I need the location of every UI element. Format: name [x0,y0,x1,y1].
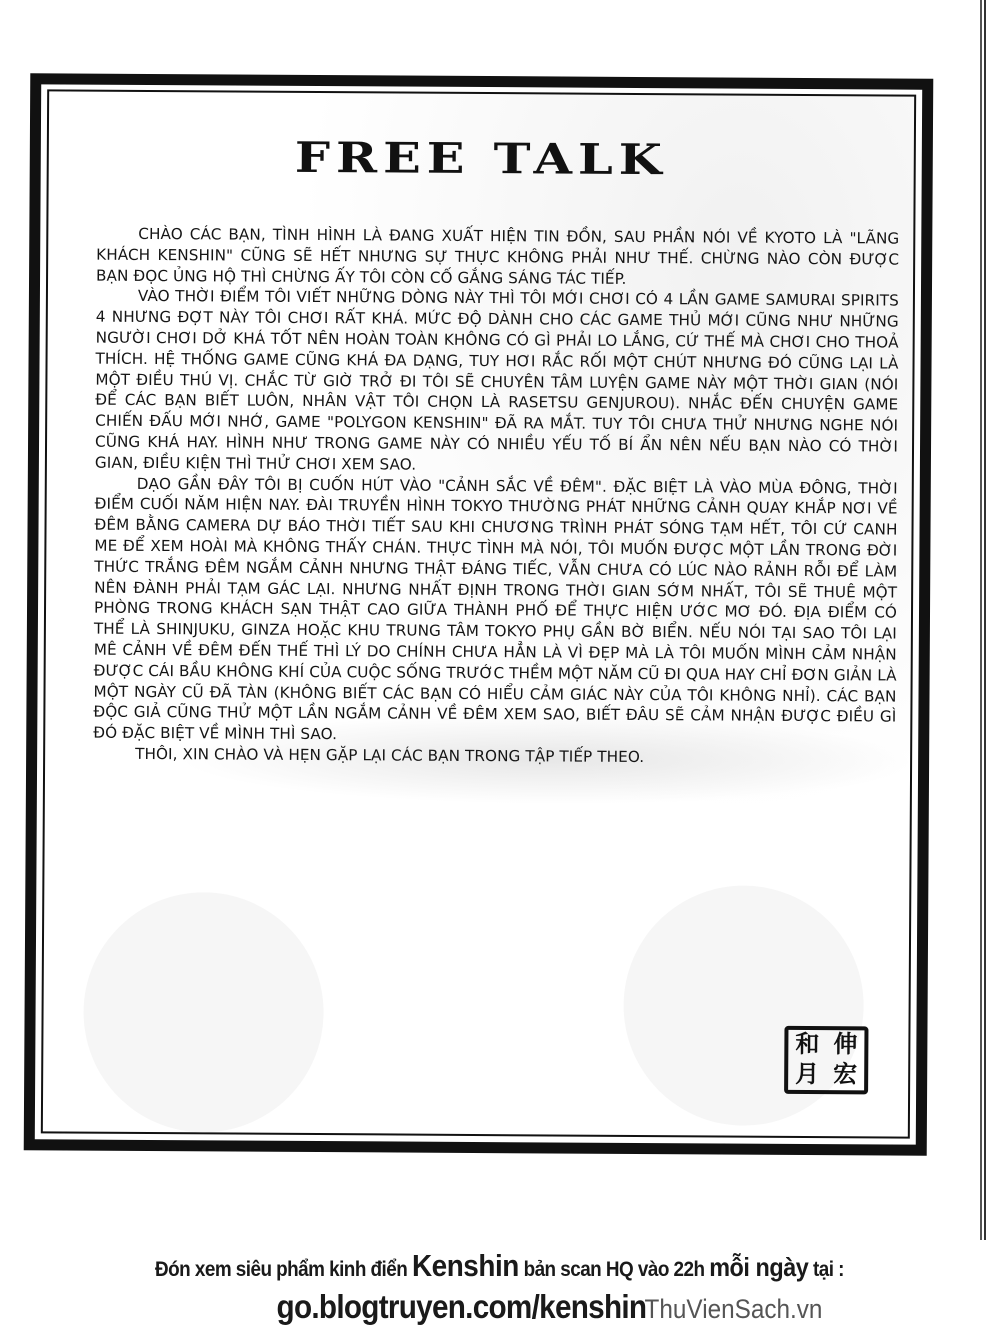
free-talk-body: Chào các bạn, tình hình là đang xuất hiệ… [93,224,899,770]
paragraph-3: Dạo gần đây tôi bị cuốn hút vào "cảnh sắ… [93,473,898,748]
promo-text: Đón xem siêu phẩm kinh điển Kenshin bản … [50,1248,949,1284]
promo-footer: Đón xem siêu phẩm kinh điển Kenshin bản … [0,1248,999,1326]
promo-link[interactable]: go.blogtruyen.com/kenshin [277,1288,647,1325]
seal-char: 宏 [826,1060,864,1090]
promo-text-part: bản scan HQ vào 22h [519,1258,709,1281]
seal-char: 伸 [826,1030,864,1060]
watermark: ThuVienSach.vn [645,1294,823,1324]
free-talk-inner-border: FREE TALK Chào các bạn, tình hình là đan… [41,89,916,1138]
free-talk-frame: FREE TALK Chào các bạn, tình hình là đan… [24,73,934,1155]
paragraph-4: Thôi, xin chào và hẹn gặp lại các bạn tr… [93,744,896,770]
paragraph-1: Chào các bạn, tình hình là đang xuất hiệ… [96,224,899,291]
faded-circle-left [83,892,324,1133]
paragraph-2: Vào thời điểm tôi viết những dòng này th… [95,286,899,478]
promo-link-line: go.blogtruyen.com/kenshinThuVienSach.vn [145,1288,954,1326]
author-seal-stamp: 和 伸 月 宏 [784,1026,868,1095]
seal-char: 月 [788,1060,826,1090]
promo-text-part: Đón xem siêu phẩm kinh điển [155,1258,412,1281]
promo-brand: Kenshin [412,1248,519,1283]
promo-text-part: tại : [808,1258,844,1281]
seal-char: 和 [788,1030,826,1060]
page-title: FREE TALK [0,131,992,186]
promo-emphasis: mỗi ngày [709,1252,808,1282]
